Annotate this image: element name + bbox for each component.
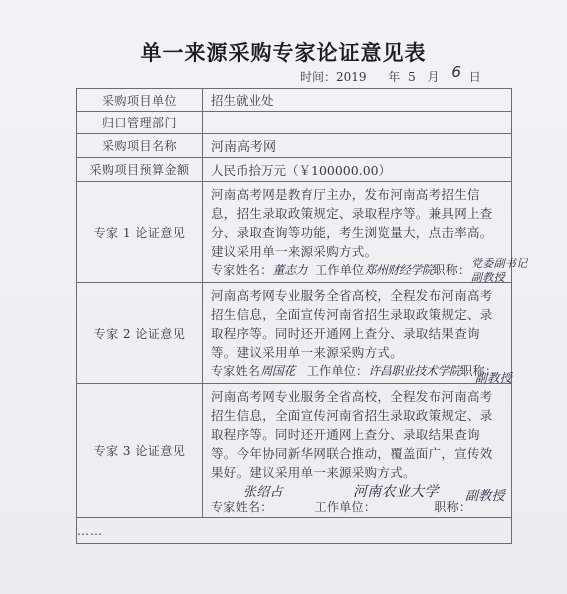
form-row-project-name: 采购项目名称 河南高考网 (77, 134, 512, 158)
expert-name-label: 专家姓名： (211, 500, 273, 514)
expert-2-opinion-block: 河南高考网专业服务全省高校，全程发布河南高考招生信息，全面宣传河南省招生录取政策… (203, 283, 511, 383)
expert-1-row: 专家 1 论证意见 河南高考网是教育厅主办，发布河南高考招生信息，招生录取政策规… (77, 182, 512, 283)
row-label: 归口管理部门 (77, 112, 203, 134)
expert-1-signature-line: 专家姓名：董志力 工作单位郑州财经学院职称： (211, 261, 505, 280)
row-value: 人民币拾万元（￥100000.00） (203, 158, 512, 182)
date-year: 2019 (336, 70, 367, 84)
expert-3-row: 专家 3 论证意见 河南高考网专业服务全省高校，全程发布河南高考招生信息，全面宣… (77, 384, 512, 518)
expert-1-opinion-text: 河南高考网是教育厅主办，发布河南高考招生信息，招生录取政策规定、录取程序等。兼具… (211, 185, 505, 261)
form-row-budget-amount: 采购项目预算金额 人民币拾万元（￥100000.00） (77, 158, 512, 182)
expert-2-cell: 河南高考网专业服务全省高校，全程发布河南高考招生信息，全面宣传河南省招生录取政策… (203, 283, 512, 384)
date-day-unit: 日 (469, 68, 481, 85)
expert-2-opinion-text: 河南高考网专业服务全省高校，全程发布河南高考招生信息，全面宣传河南省招生录取政策… (211, 286, 505, 362)
expert-2-unit-signature: 许昌职业技术学院 (368, 364, 460, 378)
row-value: 招生就业处 (203, 89, 512, 112)
more-experts-ellipsis: …… (77, 518, 512, 544)
title-label: 职称： (433, 263, 470, 277)
title-label: 职称： (434, 500, 471, 514)
expert-2-name-signature: 周国花 (260, 364, 295, 378)
expert-name-label: 专家姓名： (211, 263, 273, 277)
expert-3-opinion-text: 河南高考网专业服务全省高校，全程发布河南高考招生信息，全面宣传河南省招生录取政策… (211, 387, 505, 482)
expert-3-label: 专家 3 论证意见 (77, 384, 203, 518)
work-unit-label: 工作单位 (315, 263, 364, 277)
form-row-purchasing-unit: 采购项目单位 招生就业处 (77, 89, 512, 112)
date-month: 5 (408, 70, 416, 84)
date-year-unit: 年 (388, 68, 400, 85)
expert-3-opinion-block: 河南高考网专业服务全省高校，全程发布河南高考招生信息，全面宣传河南省招生录取政策… (203, 384, 511, 517)
form-row-more-experts: …… (77, 518, 512, 544)
row-label: 采购项目预算金额 (77, 158, 203, 182)
date-line: 时间：2019 年 5 月 6 日 (300, 67, 481, 85)
expert-2-label: 专家 2 论证意见 (77, 283, 203, 384)
work-unit-label: 工作单位： (315, 500, 377, 514)
date-day-handwritten: 6 (451, 63, 461, 81)
scanned-document-page: 单一来源采购专家论证意见表 时间：2019 年 5 月 6 日 采购项目单位 招… (0, 0, 567, 594)
expert-1-opinion-block: 河南高考网是教育厅主办，发布河南高考招生信息，招生录取政策规定、录取程序等。兼具… (203, 182, 511, 282)
document-title: 单一来源采购专家论证意见表 (0, 37, 567, 67)
row-value (203, 112, 512, 134)
expert-1-unit-signature: 郑州财经学院 (364, 263, 433, 277)
expert-1-name-signature: 董志力 (273, 263, 308, 277)
expert-name-label: 专家姓名 (211, 364, 260, 378)
date-label: 时间： (300, 68, 336, 85)
form-row-managing-department: 归口管理部门 (77, 112, 512, 134)
expert-2-signature-line: 专家姓名周国花 工作单位：许昌职业技术学院职称： (211, 362, 505, 381)
row-label: 采购项目单位 (77, 89, 203, 112)
expert-1-cell: 河南高考网是教育厅主办，发布河南高考招生信息，招生录取政策规定、录取程序等。兼具… (203, 182, 512, 283)
expert-1-label: 专家 1 论证意见 (77, 182, 203, 283)
expert-1-title-signature: 党委副书记 副教授 (471, 257, 531, 285)
date-month-unit: 月 (428, 68, 440, 85)
expert-3-cell: 河南高考网专业服务全省高校，全程发布河南高考招生信息，全面宣传河南省招生录取政策… (203, 384, 512, 518)
expert-2-row: 专家 2 论证意见 河南高考网专业服务全省高校，全程发布河南高考招生信息，全面宣… (77, 283, 512, 384)
work-unit-label: 工作单位： (307, 364, 369, 378)
expert-3-signature-line: 专家姓名： 工作单位： 职称： (211, 498, 471, 517)
row-label: 采购项目名称 (77, 134, 203, 158)
expert-opinion-form-table: 采购项目单位 招生就业处 归口管理部门 采购项目名称 河南高考网 采购项目预算金… (76, 88, 512, 544)
row-value: 河南高考网 (203, 134, 512, 158)
